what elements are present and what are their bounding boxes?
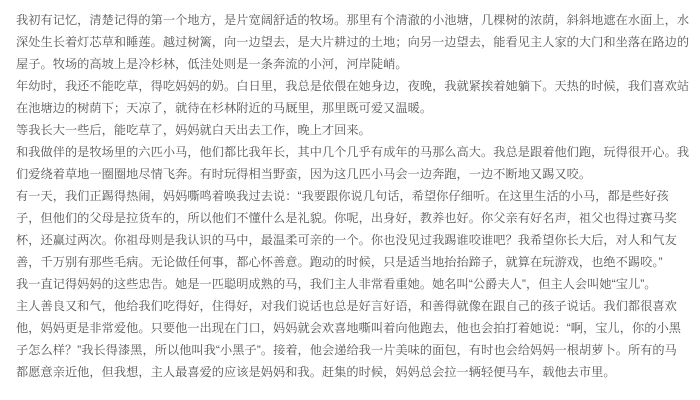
text-line: 子，但他们的父母是拉货车的，所以他们不懂什么是礼貌。你呢，出身好，教养也好。你父… bbox=[16, 207, 692, 229]
text-line: 我一直记得妈妈的这些忠告。她是一匹聪明成熟的马，我们主人非常看重她。她名叫“公爵… bbox=[16, 273, 692, 295]
text-line: 他，妈妈更是非常爱他。只要他一出现在门口，妈妈就会欢喜地嘶叫着向他跑去，他也会拍… bbox=[16, 317, 692, 339]
text-line: 和我做伴的是牧场里的六匹小马，他们都比我年长，其中几个几乎有成年的马那么高大。我… bbox=[16, 141, 692, 163]
text-line: 都愿意亲近他，但我想，主人最喜爱的应该是妈妈和我。赶集的时候，妈妈总会拉一辆轻便… bbox=[16, 361, 692, 383]
text-line: 子怎么样？”我长得漆黑，所以他叫我“小黑子”。接着，他会递给我一片美味的面包，有… bbox=[16, 339, 692, 361]
text-line: 屋子。牧场的高坡上是冷杉林，低洼处则是一条奔流的小河，河岸陡峭。 bbox=[16, 53, 692, 75]
text-line: 们爱绕着草地一圈圈地尽情飞奔。有时玩得相当野蛮，因为这几匹小马会一边奔跑，一边不… bbox=[16, 163, 692, 185]
text-line: 有一天，我们正踢得热闹，妈妈嘶鸣着唤我过去说：“我要跟你说几句话，希望你仔细听。… bbox=[16, 185, 692, 207]
text-line: 年幼时，我还不能吃草，得吃妈妈的奶。白日里，我总是依偎在她身边，夜晚，我就紧挨着… bbox=[16, 75, 692, 97]
paragraph: 主人善良又和气，他给我们吃得好，住得好，对我们说话也总是好言好语，和善得就像在跟… bbox=[16, 295, 692, 383]
paragraph: 有一天，我们正踢得热闹，妈妈嘶鸣着唤我过去说：“我要跟你说几句话，希望你仔细听。… bbox=[16, 185, 692, 273]
paragraph: 和我做伴的是牧场里的六匹小马，他们都比我年长，其中几个几乎有成年的马那么高大。我… bbox=[16, 141, 692, 185]
paragraph: 年幼时，我还不能吃草，得吃妈妈的奶。白日里，我总是依偎在她身边，夜晚，我就紧挨着… bbox=[16, 75, 692, 119]
reader-content: 我初有记忆，清楚记得的第一个地方，是片宽阔舒适的牧场。那里有个清澈的小池塘，几棵… bbox=[0, 0, 700, 383]
text-line: 主人善良又和气，他给我们吃得好，住得好，对我们说话也总是好言好语，和善得就像在跟… bbox=[16, 295, 692, 317]
text-line: 在池塘边的树荫下；天凉了，就待在杉林附近的马厩里，那里既可爱又温暖。 bbox=[16, 97, 692, 119]
text-line: 善，千万别有那些毛病。无论做任何事，都心怀善意。跑动的时候，只是适当地抬抬蹄子，… bbox=[16, 251, 692, 273]
text-line: 我初有记忆，清楚记得的第一个地方，是片宽阔舒适的牧场。那里有个清澈的小池塘，几棵… bbox=[16, 9, 692, 31]
text-line: 深处生长着灯芯草和睡莲。越过树篱，向一边望去，是大片耕过的土地；向另一边望去，能… bbox=[16, 31, 692, 53]
paragraph: 等我长大一些后，能吃草了，妈妈就白天出去工作，晚上才回来。 bbox=[16, 119, 692, 141]
text-line: 杯，还赢过两次。你祖母则是我认识的马中，最温柔可亲的一个。你也没见过我踢谁咬谁吧… bbox=[16, 229, 692, 251]
paragraph: 我一直记得妈妈的这些忠告。她是一匹聪明成熟的马，我们主人非常看重她。她名叫“公爵… bbox=[16, 273, 692, 295]
paragraph: 我初有记忆，清楚记得的第一个地方，是片宽阔舒适的牧场。那里有个清澈的小池塘，几棵… bbox=[16, 9, 692, 75]
text-line: 等我长大一些后，能吃草了，妈妈就白天出去工作，晚上才回来。 bbox=[16, 119, 692, 141]
